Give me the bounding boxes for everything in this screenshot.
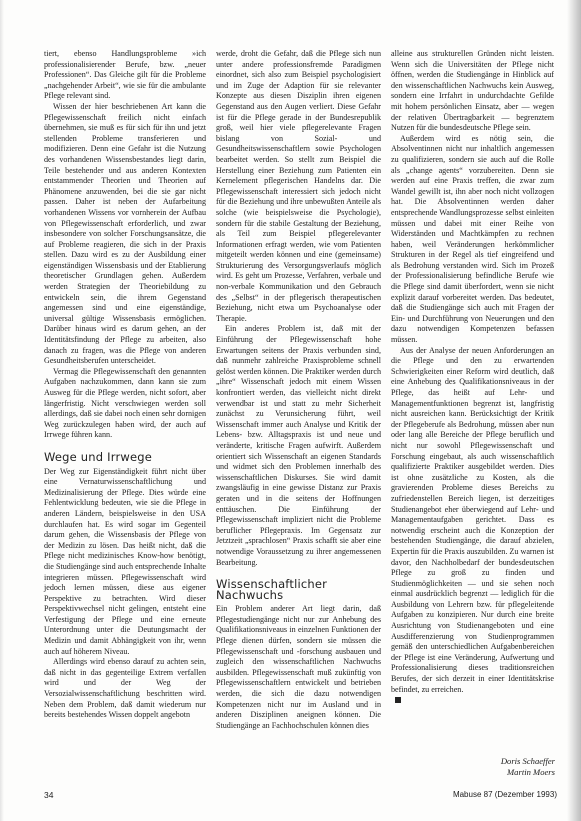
section-heading-wege-und-irrwege: Wege und Irrwege xyxy=(44,452,206,463)
article-column-1: tiert, ebenso Handlungsprobleme »ich pro… xyxy=(44,49,206,721)
paragraph: Vermag die Pflegewissenschaft den genann… xyxy=(44,367,206,441)
author-name: Doris Schaeffer xyxy=(501,756,555,767)
article-column-3: alleine aus strukturellen Gründen nicht … xyxy=(391,49,554,706)
publication-source: Mabuse 87 (Dezember 1993) xyxy=(453,790,557,799)
paragraph: Aus der Analyse der neuen Anforderungen … xyxy=(391,346,554,696)
author-name: Martin Moers xyxy=(501,767,555,778)
paragraph: tiert, ebenso Handlungsprobleme »ich pro… xyxy=(44,49,206,102)
paragraph: Ein Problem anderer Art liegt darin, daß… xyxy=(216,604,381,731)
section-heading-wissenschaftlicher-nachwuchs: Wissenschaftlicher Nachwuchs xyxy=(216,579,381,600)
scan-edge-left xyxy=(0,0,4,821)
author-byline: Doris Schaeffer Martin Moers xyxy=(501,756,555,778)
article-column-2: werde, droht die Gefahr, daß die Pflege … xyxy=(216,49,381,731)
paragraph: Allerdings wird ebenso darauf zu achten … xyxy=(44,657,206,721)
paragraph: alleine aus strukturellen Gründen nicht … xyxy=(391,49,554,134)
article-end-square-icon xyxy=(395,697,401,703)
paragraph: Der Weg zur Eigenständigkeit führt nicht… xyxy=(44,467,206,658)
paragraph: Wissen der hier beschriebenen Art kann d… xyxy=(44,102,206,367)
scan-edge-right xyxy=(567,0,581,821)
paragraph: Ein anderes Problem ist, daß mit der Ein… xyxy=(216,324,381,568)
paragraph: werde, droht die Gefahr, daß die Pflege … xyxy=(216,49,381,324)
page-number: 34 xyxy=(44,790,53,800)
paragraph: Außerdem wird es nötig sein, die Absolve… xyxy=(391,134,554,346)
